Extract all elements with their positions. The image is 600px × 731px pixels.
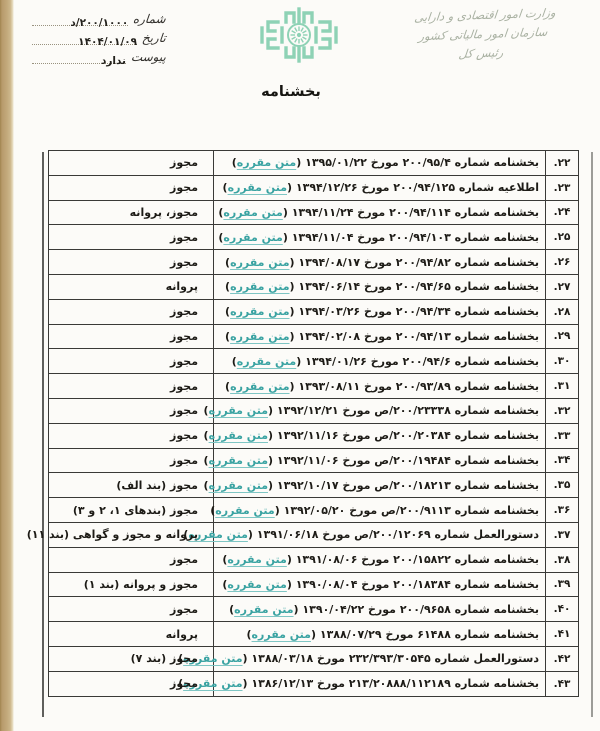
row-number: ۲۷. — [546, 274, 579, 299]
document-description-cell: بخشنامه شماره ۲۰۰/۲۰۳۸۴/ص مورخ ۱۳۹۲/۱۱/۱… — [214, 423, 546, 448]
regulation-text-link[interactable]: متن مقرره — [227, 578, 286, 591]
paren-open: ( — [287, 578, 292, 591]
row-number: ۲۹. — [546, 324, 579, 349]
document-reference-text: بخشنامه شماره ۲۱۳/۲۰۸۸۸/۱۱۲۱۸۹ مورخ ۱۳۸۶… — [251, 677, 539, 690]
document-reference-text: بخشنامه شماره ۲۰۰/۹۳/۸۹ مورخ ۱۳۹۳/۰۸/۱۱ — [298, 380, 539, 393]
paren-open: ( — [268, 429, 273, 442]
table-row: ۳۸.بخشنامه شماره ۲۰۰/۱۵۸۲۲ مورخ ۱۳۹۱/۰۸/… — [49, 547, 579, 572]
scanned-circular-page: شماره ۲۰۰/۱۰۰۰/د تاریخ ۱۴۰۴/۰۱/۰۹ پیوست … — [0, 0, 600, 731]
related-permit-type: مجوز — [49, 349, 214, 374]
document-reference-text: بخشنامه شماره ۲۰۰/۲۳۳۳۸/ص مورخ ۱۳۹۲/۱۲/۲… — [277, 404, 539, 417]
row-number: ۳۹. — [546, 572, 579, 597]
document-reference-text: دستورالعمل شماره ۲۳۲/۳۹۳/۳۰۵۴۵ مورخ ۱۳۸۸… — [251, 652, 539, 665]
table-row: ۲۹.بخشنامه شماره ۲۰۰/۹۴/۱۳ مورخ ۱۳۹۴/۰۲/… — [49, 324, 579, 349]
row-number: ۳۸. — [546, 547, 579, 572]
regulation-text-link[interactable]: متن مقرره — [230, 380, 289, 393]
row-number: ۲۸. — [546, 299, 579, 324]
related-permit-type: مجوز — [49, 547, 214, 572]
related-permit-type: مجوز — [49, 250, 214, 275]
document-description-cell: بخشنامه شماره ۲۰۰/۱۸۲۱۳/ص مورخ ۱۳۹۲/۱۰/۱… — [214, 473, 546, 498]
regulation-text-link[interactable]: متن مقرره — [215, 504, 274, 517]
paren-open: ( — [275, 504, 280, 517]
tax-administration-emblem — [256, 6, 342, 64]
document-description-cell: بخشنامه شماره ۲۰۰/۹۴/۱۱۴ مورخ ۱۳۹۴/۱۱/۲۴… — [214, 200, 546, 225]
paren-open: ( — [283, 206, 288, 219]
table-row: ۲۲.بخشنامه شماره ۲۰۰/۹۵/۴ مورخ ۱۳۹۵/۰۱/۲… — [49, 151, 579, 176]
regulation-text-link[interactable]: متن مقرره — [223, 206, 282, 219]
related-permit-type: پروانه — [49, 622, 214, 647]
document-description-cell: بخشنامه شماره ۲۰۰/۹۴/۶۵ مورخ ۱۳۹۴/۰۶/۱۴ … — [214, 274, 546, 299]
document-description-cell: بخشنامه شماره ۲۰۰/۹۴/۱۰۳ مورخ ۱۳۹۴/۱۱/۰۴… — [214, 225, 546, 250]
table-row: ۴۱.بخشنامه شماره ۶۱۴۸۸ مورخ ۱۳۸۸/۰۷/۲۹ (… — [49, 622, 579, 647]
table-row: ۲۷.بخشنامه شماره ۲۰۰/۹۴/۶۵ مورخ ۱۳۹۴/۰۶/… — [49, 274, 579, 299]
table-row: ۳۳.بخشنامه شماره ۲۰۰/۲۰۳۸۴/ص مورخ ۱۳۹۲/۱… — [49, 423, 579, 448]
related-permit-type: پروانه — [49, 274, 214, 299]
regulation-text-link[interactable]: متن مقرره — [209, 404, 268, 417]
number-dotted-leader: ۲۰۰/۱۰۰۰/د — [32, 11, 128, 26]
document-description-cell: بخشنامه شماره ۲۰۰/۱۹۴۸۴/ص مورخ ۱۳۹۲/۱۱/۰… — [214, 448, 546, 473]
row-number: ۲۶. — [546, 250, 579, 275]
paren-open: ( — [290, 330, 295, 343]
row-number: ۲۴. — [546, 200, 579, 225]
regulation-text-link[interactable]: متن مقرره — [230, 305, 289, 318]
document-reference-text: بخشنامه شماره ۲۰۰/۹۴/۱۱۴ مورخ ۱۳۹۴/۱۱/۲۴ — [292, 206, 539, 219]
paren-open: ( — [268, 454, 273, 467]
table-row: ۳۶.بخشنامه شماره ۲۰۰/۹۱۱۳/ص مورخ ۱۳۹۲/۰۵… — [49, 498, 579, 523]
paren-open: ( — [311, 628, 316, 641]
related-permit-type: مجوز — [49, 398, 214, 423]
table-row: ۳۴.بخشنامه شماره ۲۰۰/۱۹۴۸۴/ص مورخ ۱۳۹۲/۱… — [49, 448, 579, 473]
row-number: ۳۲. — [546, 398, 579, 423]
paren-open: ( — [296, 355, 301, 368]
paren-open: ( — [290, 256, 295, 269]
document-reference-text: بخشنامه شماره ۲۰۰/۲۰۳۸۴/ص مورخ ۱۳۹۲/۱۱/۱… — [277, 429, 539, 442]
regulation-text-link[interactable]: متن مقرره — [227, 553, 286, 566]
row-number: ۲۵. — [546, 225, 579, 250]
regulation-text-link[interactable]: متن مقرره — [234, 603, 293, 616]
related-permit-type: مجوز — [49, 175, 214, 200]
regulation-text-link[interactable]: متن مقرره — [230, 256, 289, 269]
row-number: ۳۳. — [546, 423, 579, 448]
row-number: ۳۵. — [546, 473, 579, 498]
left-margin-rule — [42, 152, 44, 717]
document-description-cell: اطلاعیه شماره ۲۰۰/۹۴/۱۲۵ مورخ ۱۳۹۴/۱۲/۲۶… — [214, 175, 546, 200]
document-description-cell: بخشنامه شماره ۲۰۰/۹۴/۳۴ مورخ ۱۳۹۴/۰۳/۲۶ … — [214, 299, 546, 324]
table-row: ۳۹.بخشنامه شماره ۲۰۰/۱۸۳۸۴ مورخ ۱۳۹۰/۰۸/… — [49, 572, 579, 597]
document-description-cell: بخشنامه شماره ۲۰۰/۲۳۳۳۸/ص مورخ ۱۳۹۲/۱۲/۲… — [214, 398, 546, 423]
row-number: ۳۶. — [546, 498, 579, 523]
table-row: ۴۳.بخشنامه شماره ۲۱۳/۲۰۸۸۸/۱۱۲۱۸۹ مورخ ۱… — [49, 671, 579, 696]
date-label: تاریخ — [141, 31, 166, 45]
table-row: ۳۵.بخشنامه شماره ۲۰۰/۱۸۲۱۳/ص مورخ ۱۳۹۲/۱… — [49, 473, 579, 498]
row-number: ۲۳. — [546, 175, 579, 200]
related-permit-type: مجوز — [49, 448, 214, 473]
right-margin-rule — [591, 152, 593, 717]
table-row: ۴۲.دستورالعمل شماره ۲۳۲/۳۹۳/۳۰۵۴۵ مورخ ۱… — [49, 646, 579, 671]
table-row: ۳۷.دستورالعمل شماره ۲۰۰/۱۲۰۶۹/ص مورخ ۱۳۹… — [49, 522, 579, 547]
document-reference-text: بخشنامه شماره ۲۰۰/۹۶۵۸ مورخ ۱۳۹۰/۰۴/۲۲ — [302, 603, 539, 616]
table-row: ۲۴.بخشنامه شماره ۲۰۰/۹۴/۱۱۴ مورخ ۱۳۹۴/۱۱… — [49, 200, 579, 225]
document-reference-text: بخشنامه شماره ۲۰۰/۱۸۳۸۴ مورخ ۱۳۹۰/۰۸/۰۴ — [296, 578, 539, 591]
table-row: ۲۶.بخشنامه شماره ۲۰۰/۹۴/۸۲ مورخ ۱۳۹۴/۰۸/… — [49, 250, 579, 275]
document-meta-block: شماره ۲۰۰/۱۰۰۰/د تاریخ ۱۴۰۴/۰۱/۰۹ پیوست … — [32, 7, 166, 64]
document-description-cell: بخشنامه شماره ۶۱۴۸۸ مورخ ۱۳۸۸/۰۷/۲۹ (متن… — [214, 622, 546, 647]
paren-open: ( — [268, 404, 273, 417]
related-permit-type: مجوز — [49, 225, 214, 250]
row-number: ۲۲. — [546, 151, 579, 176]
related-permit-type: مجوز — [49, 671, 214, 696]
document-description-cell: بخشنامه شماره ۲۰۰/۹۴/۱۳ مورخ ۱۳۹۴/۰۲/۰۸ … — [214, 324, 546, 349]
document-reference-text: بخشنامه شماره ۲۰۰/۹۴/۳۴ مورخ ۱۳۹۴/۰۳/۲۶ — [298, 305, 539, 318]
document-description-cell: بخشنامه شماره ۲۰۰/۹۶۵۸ مورخ ۱۳۹۰/۰۴/۲۲ (… — [214, 597, 546, 622]
row-number: ۳۱. — [546, 374, 579, 399]
related-permit-type: مجوز — [49, 151, 214, 176]
date-value: ۱۴۰۴/۰۱/۰۹ — [75, 36, 137, 48]
regulation-text-link[interactable]: متن مقرره — [237, 355, 296, 368]
related-permit-type: مجوز، پروانه — [49, 200, 214, 225]
row-number: ۴۲. — [546, 646, 579, 671]
paren-open: ( — [290, 380, 295, 393]
paren-open: ( — [290, 280, 295, 293]
document-reference-text: بخشنامه شماره ۲۰۰/۹۴/۸۲ مورخ ۱۳۹۴/۰۸/۱۷ — [298, 256, 539, 269]
related-permit-type: مجوز — [49, 597, 214, 622]
table-row: ۴۰.بخشنامه شماره ۲۰۰/۹۶۵۸ مورخ ۱۳۹۰/۰۴/۲… — [49, 597, 579, 622]
document-reference-text: بخشنامه شماره ۲۰۰/۹۵/۴ مورخ ۱۳۹۵/۰۱/۲۲ — [305, 156, 539, 169]
paren-open: ( — [243, 677, 248, 690]
related-permit-type: مجوز — [49, 324, 214, 349]
row-number: ۴۳. — [546, 671, 579, 696]
row-number: ۳۴. — [546, 448, 579, 473]
page-title: بخشنامه — [0, 84, 582, 100]
regulation-text-link[interactable]: متن مقرره — [209, 429, 268, 442]
related-permit-type: مجوز و پروانه (بند ۱) — [49, 572, 214, 597]
document-description-cell: دستورالعمل شماره ۲۳۲/۳۹۳/۳۰۵۴۵ مورخ ۱۳۸۸… — [214, 646, 546, 671]
table-row: ۳۲.بخشنامه شماره ۲۰۰/۲۳۳۳۸/ص مورخ ۱۳۹۲/۱… — [49, 398, 579, 423]
regulation-text-link[interactable]: متن مقرره — [230, 280, 289, 293]
paren-open: ( — [294, 603, 299, 616]
document-description-cell: بخشنامه شماره ۲۰۰/۹۵/۴ مورخ ۱۳۹۵/۰۱/۲۲ (… — [214, 151, 546, 176]
document-description-cell: بخشنامه شماره ۲۰۰/۱۵۸۲۲ مورخ ۱۳۹۱/۰۸/۰۶ … — [214, 547, 546, 572]
page-edge-strip — [0, 0, 14, 731]
date-dotted-leader: ۱۴۰۴/۰۱/۰۹ — [32, 30, 137, 45]
related-permit-type: مجوز — [49, 423, 214, 448]
document-reference-text: بخشنامه شماره ۲۰۰/۹۴/۱۰۳ مورخ ۱۳۹۴/۱۱/۰۴ — [292, 231, 539, 244]
related-permit-type: پروانه و مجوز و گواهی (بند ۱۱) — [49, 522, 214, 547]
document-reference-text: بخشنامه شماره ۶۱۴۸۸ مورخ ۱۳۸۸/۰۷/۲۹ — [320, 628, 539, 641]
table-row: ۳۰.بخشنامه شماره ۲۰۰/۹۴/۶ مورخ ۱۳۹۴/۰۱/۲… — [49, 349, 579, 374]
document-description-cell: بخشنامه شماره ۲۰۰/۹۱۱۳/ص مورخ ۱۳۹۲/۰۵/۲۰… — [214, 498, 546, 523]
organization-header: وزارت امور اقتصادی و دارایی سازمان امور … — [385, 3, 581, 67]
document-reference-text: بخشنامه شماره ۲۰۰/۱۵۸۲۲ مورخ ۱۳۹۱/۰۸/۰۶ — [296, 553, 539, 566]
related-permit-type: مجوز (بند الف) — [49, 473, 214, 498]
regulation-text-link[interactable]: متن مقرره — [237, 156, 296, 169]
number-label: شماره — [133, 12, 167, 26]
document-description-cell: بخشنامه شماره ۲۰۰/۹۳/۸۹ مورخ ۱۳۹۳/۰۸/۱۱ … — [214, 374, 546, 399]
attachment-label: پیوست — [130, 50, 166, 64]
paren-open: ( — [287, 553, 292, 566]
document-reference-text: بخشنامه شماره ۲۰۰/۹۴/۶۵ مورخ ۱۳۹۴/۰۶/۱۴ — [298, 280, 539, 293]
row-number: ۳۷. — [546, 522, 579, 547]
number-value: ۲۰۰/۱۰۰۰/د — [67, 17, 128, 29]
row-number: ۴۱. — [546, 622, 579, 647]
regulations-table: ۲۲.بخشنامه شماره ۲۰۰/۹۵/۴ مورخ ۱۳۹۵/۰۱/۲… — [48, 150, 579, 697]
document-description-cell: بخشنامه شماره ۲۰۰/۱۸۳۸۴ مورخ ۱۳۹۰/۰۸/۰۴ … — [214, 572, 546, 597]
document-reference-text: اطلاعیه شماره ۲۰۰/۹۴/۱۲۵ مورخ ۱۳۹۴/۱۲/۲۶ — [296, 181, 539, 194]
regulation-text-link[interactable]: متن مقرره — [223, 231, 282, 244]
document-reference-text: دستورالعمل شماره ۲۰۰/۱۲۰۶۹/ص مورخ ۱۳۹۱/۰… — [257, 528, 539, 541]
row-number: ۳۰. — [546, 349, 579, 374]
regulation-text-link[interactable]: متن مقرره — [230, 330, 289, 343]
document-reference-text: بخشنامه شماره ۲۰۰/۹۴/۶ مورخ ۱۳۹۴/۰۱/۲۶ — [305, 355, 539, 368]
regulation-text-link[interactable]: متن مقرره — [228, 181, 287, 194]
paren-open: ( — [287, 181, 292, 194]
document-description-cell: دستورالعمل شماره ۲۰۰/۱۲۰۶۹/ص مورخ ۱۳۹۱/۰… — [214, 522, 546, 547]
document-reference-text: بخشنامه شماره ۲۰۰/۱۹۴۸۴/ص مورخ ۱۳۹۲/۱۱/۰… — [277, 454, 539, 467]
paren-open: ( — [283, 231, 288, 244]
paren-open: ( — [268, 479, 273, 492]
regulation-text-link[interactable]: متن مقرره — [209, 454, 268, 467]
document-reference-text: بخشنامه شماره ۲۰۰/۹۱۱۳/ص مورخ ۱۳۹۲/۰۵/۲۰ — [284, 504, 539, 517]
related-permit-type: مجوز — [49, 374, 214, 399]
document-reference-text: بخشنامه شماره ۲۰۰/۱۸۲۱۳/ص مورخ ۱۳۹۲/۱۰/۱… — [277, 479, 539, 492]
regulation-text-link[interactable]: متن مقرره — [252, 628, 311, 641]
attachment-dotted-leader: ندارد — [32, 49, 126, 64]
table-row: ۲۵.بخشنامه شماره ۲۰۰/۹۴/۱۰۳ مورخ ۱۳۹۴/۱۱… — [49, 225, 579, 250]
table-row: ۲۸.بخشنامه شماره ۲۰۰/۹۴/۳۴ مورخ ۱۳۹۴/۰۳/… — [49, 299, 579, 324]
document-reference-text: بخشنامه شماره ۲۰۰/۹۴/۱۳ مورخ ۱۳۹۴/۰۲/۰۸ — [298, 330, 539, 343]
document-description-cell: بخشنامه شماره ۲۱۳/۲۰۸۸۸/۱۱۲۱۸۹ مورخ ۱۳۸۶… — [214, 671, 546, 696]
related-permit-type: مجوز (بندهای ۱، ۲ و ۳) — [49, 498, 214, 523]
paren-open: ( — [243, 652, 248, 665]
row-number: ۴۰. — [546, 597, 579, 622]
table-row: ۲۳.اطلاعیه شماره ۲۰۰/۹۴/۱۲۵ مورخ ۱۳۹۴/۱۲… — [49, 175, 579, 200]
paren-open: ( — [248, 528, 253, 541]
document-description-cell: بخشنامه شماره ۲۰۰/۹۴/۸۲ مورخ ۱۳۹۴/۰۸/۱۷ … — [214, 250, 546, 275]
meta-row-number: شماره ۲۰۰/۱۰۰۰/د — [32, 7, 166, 26]
paren-open: ( — [290, 305, 295, 318]
paren-open: ( — [296, 156, 301, 169]
document-description-cell: بخشنامه شماره ۲۰۰/۹۴/۶ مورخ ۱۳۹۴/۰۱/۲۶ (… — [214, 349, 546, 374]
regulation-text-link[interactable]: متن مقرره — [209, 479, 268, 492]
tax-organization-logo-icon — [256, 6, 342, 64]
attachment-value: ندارد — [98, 55, 126, 67]
related-permit-type: مجوز (بند ۷) — [49, 646, 214, 671]
related-permit-type: مجوز — [49, 299, 214, 324]
table-row: ۳۱.بخشنامه شماره ۲۰۰/۹۳/۸۹ مورخ ۱۳۹۳/۰۸/… — [49, 374, 579, 399]
